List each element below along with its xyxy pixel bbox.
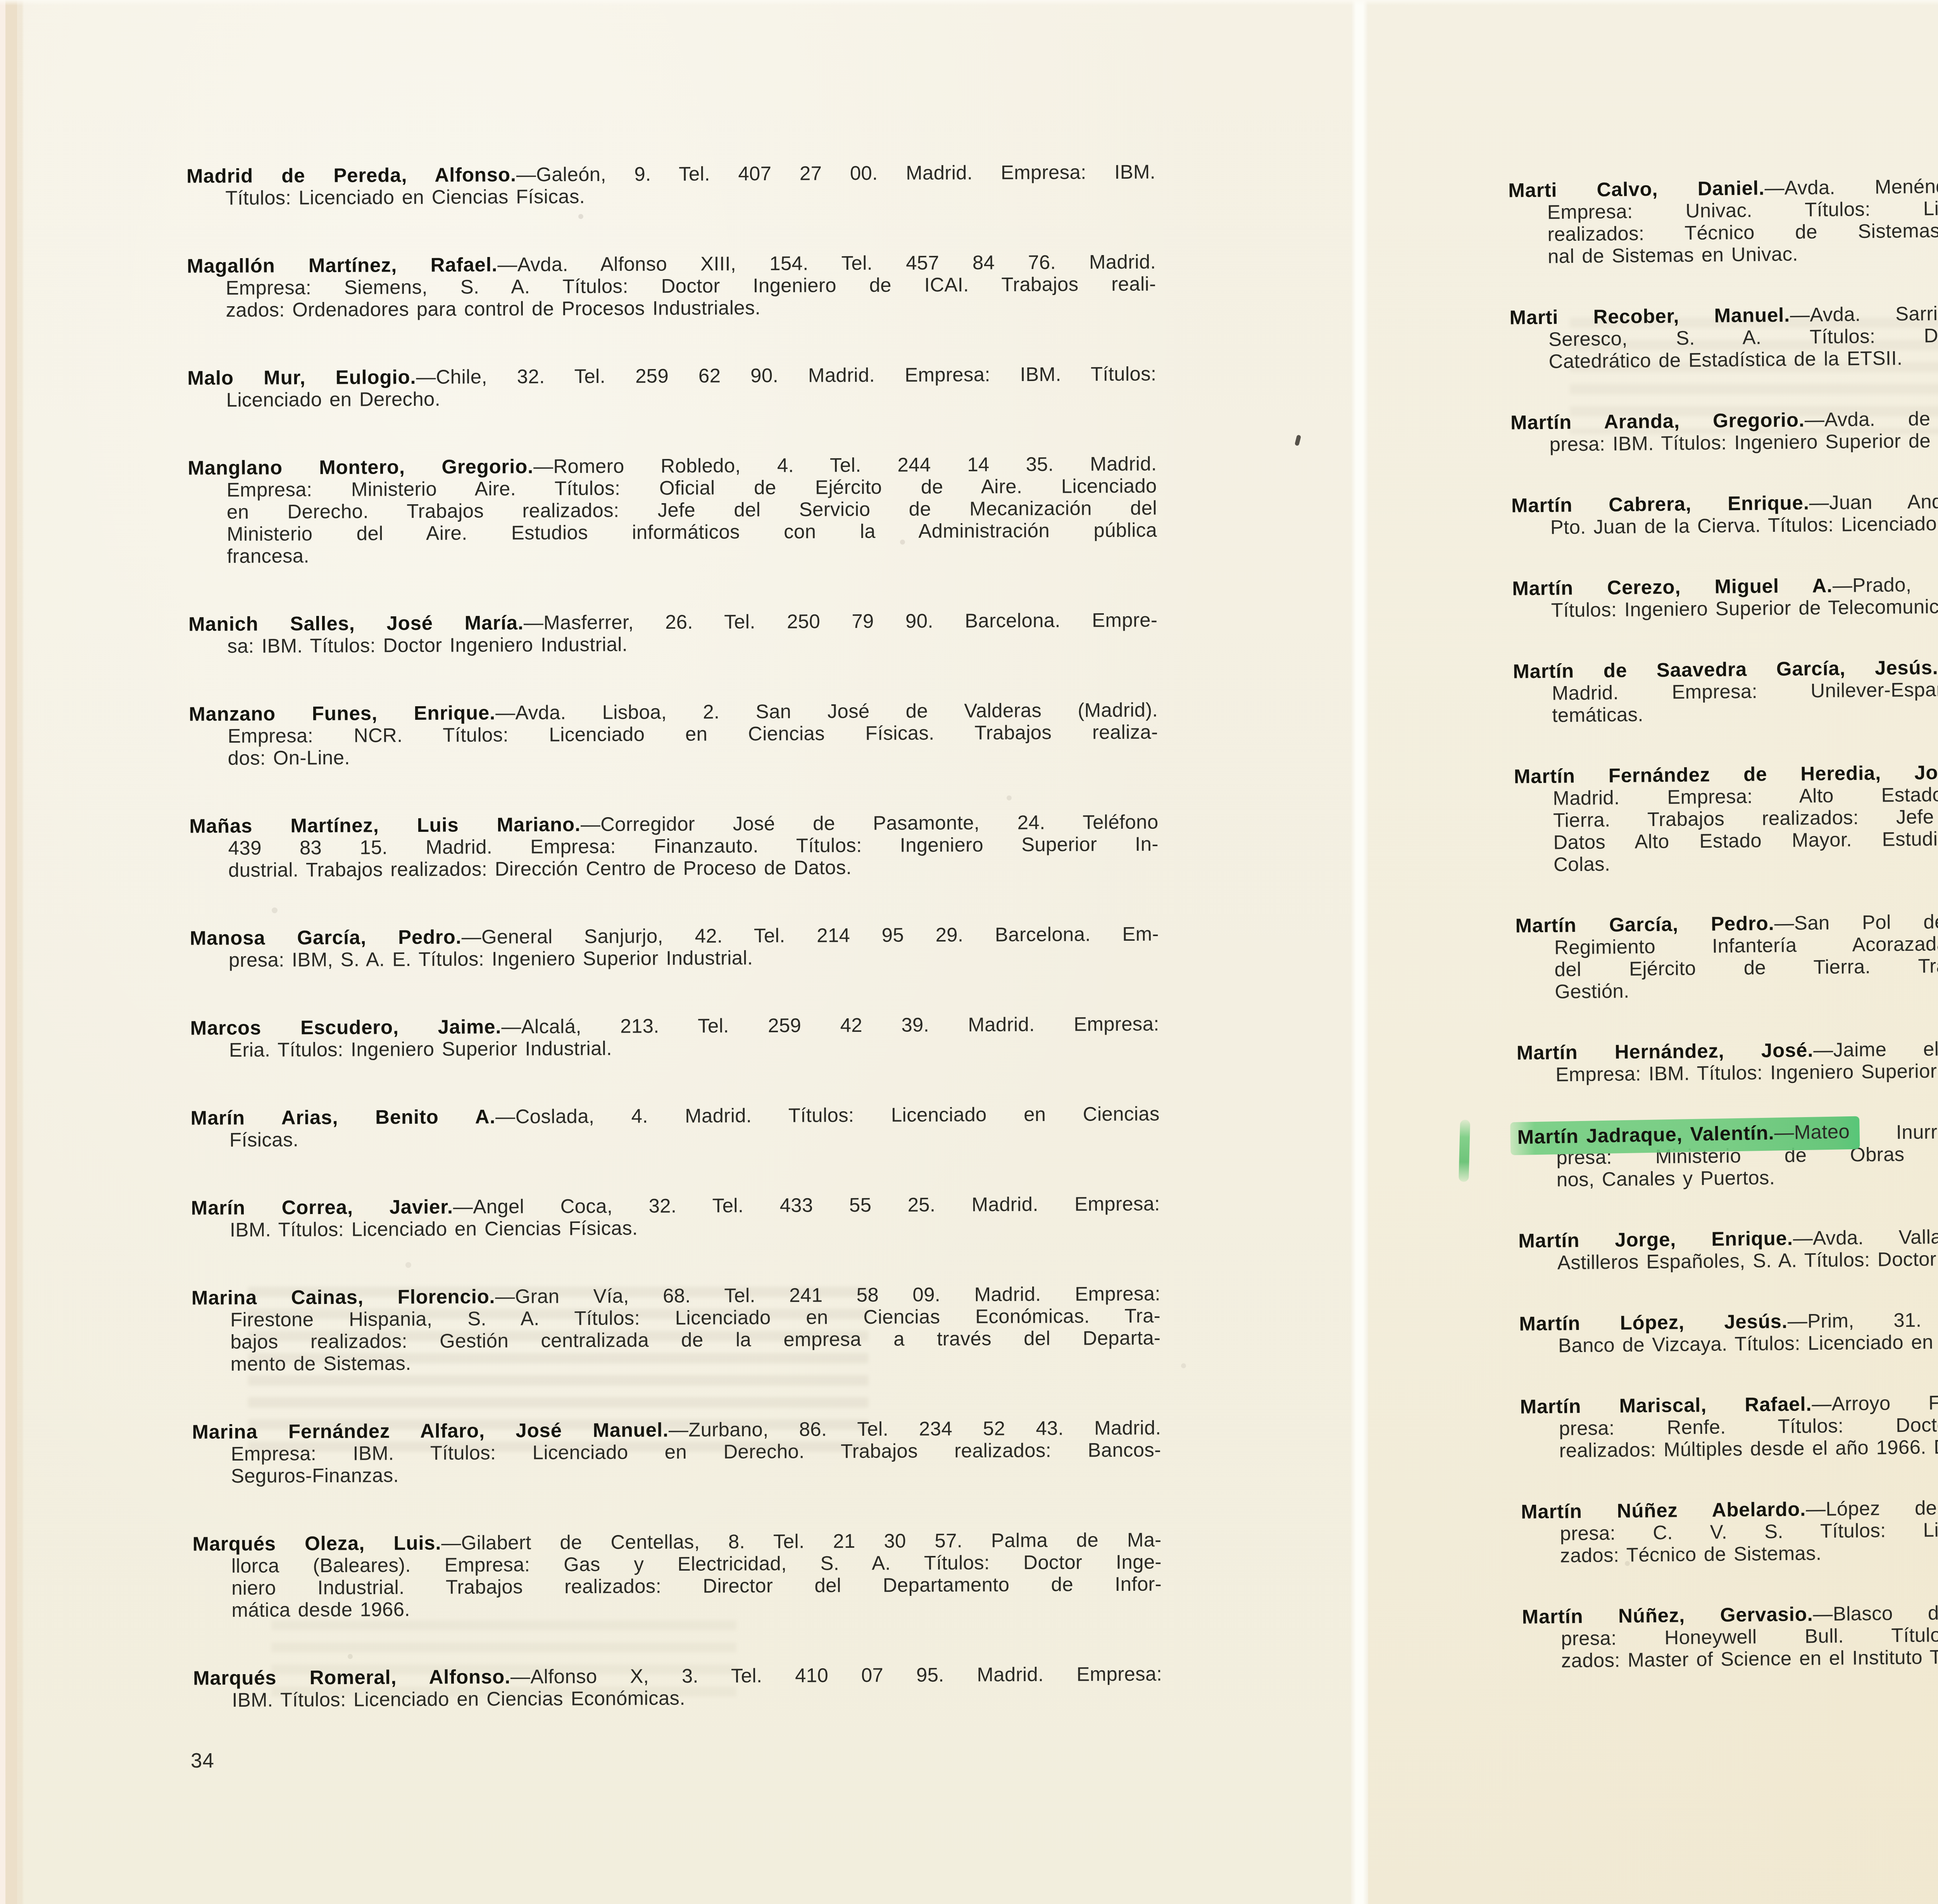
entry-name: Martín López, Jesús. [1519,1310,1788,1335]
left-page-entry-list: Madrid de Pereda, Alfonso.—Galeón, 9. Te… [186,161,1162,1757]
entry-first-line: Malo Mur, Eulogio.—Chile, 32. Tel. 259 6… [187,363,1156,389]
entry-name: Martín Núñez, Gervasio. [1522,1603,1813,1628]
directory-entry: Martín Hernández, José.—Jaime el Conquis… [1516,1032,1938,1086]
directory-entry: Marqués Romeral, Alfonso.—Alfonso X, 3. … [193,1663,1162,1711]
directory-entry: Martín Fernández de Heredia, José María.… [1514,755,1938,876]
directory-entry: Magallón Martínez, Rafael.—Avda. Alfonso… [187,251,1156,321]
entry-line: IBM. Títulos: Licenciado en Ciencias Eco… [193,1685,1162,1711]
entry-line: dustrial. Trabajos realizados: Dirección… [190,855,1159,881]
directory-entry: Martín Mariscal, Rafael.—Arroyo Fontarró… [1520,1386,1938,1462]
entry-line: Títulos: Licenciado en Ciencias Físicas. [186,183,1155,209]
entry-name: Marti Calvo, Daniel. [1508,177,1765,201]
directory-entry: Marín Arias, Benito A.—Coslada, 4. Madri… [191,1103,1160,1151]
directory-entry: Manglano Montero, Gregorio.—Romero Roble… [188,453,1157,567]
entry-first-line: Martín López, Jesús.—Prim, 31. Tel. 21 3… [1519,1303,1938,1335]
entry-first-line: Martín Núñez, Gervasio.—Blasco de Garay,… [1522,1596,1938,1628]
entry-first-line: Martín Jorge, Enrique.—Avda. Valladolid,… [1518,1220,1938,1252]
directory-entry: Martín Jadraque, Valentín.—Mateo Inurria… [1517,1115,1938,1191]
directory-entry: Madrid de Pereda, Alfonso.—Galeón, 9. Te… [186,161,1155,209]
entry-name: Marina Cainas, Florencio. [191,1285,495,1309]
directory-entry: Martín Cabrera, Enrique.—Juan Andrés, 52… [1511,485,1938,539]
entry-name: Magallón Martínez, Rafael. [187,254,498,277]
page-gutter-seam [1351,0,1368,1904]
entry-line: Empresa: Siemens, S. A. Títulos: Doctor … [187,273,1156,299]
entry-name: Martín Cabrera, Enrique. [1511,492,1809,516]
entry-line: niero Industrial. Trabajos realizados: D… [193,1573,1162,1599]
entry-line: bajos realizados: Gestión centralizada d… [191,1327,1160,1353]
entry-line: Ministerio del Aire. Estudios informátic… [188,519,1157,545]
entry-first-line: Marín Correa, Javier.—Angel Coca, 32. Te… [191,1193,1160,1219]
right-page-entry-list: Marti Calvo, Daniel.—Avda. Menéndez Pela… [1508,170,1938,1711]
entry-first-line: Marti Recober, Manuel.—Avda. Sarriá, 38.… [1509,297,1938,329]
entry-name: Martín Mariscal, Rafael. [1520,1393,1812,1418]
entry-name: Martín Hernández, José. [1516,1039,1813,1064]
entry-first-line: Manosa García, Pedro.—General Sanjurjo, … [190,923,1159,949]
entry-name: Martín de Saavedra García, Jesús. [1513,656,1938,683]
entry-name: Martín Fernández de Heredia, José María. [1514,760,1938,787]
directory-entry: Marti Recober, Manuel.—Avda. Sarriá, 38.… [1509,297,1938,373]
directory-entry: Manich Salles, José María.—Masferrer, 26… [188,609,1157,657]
entry-name: Marcos Escudero, Jaime. [190,1016,502,1039]
entry-name: Manich Salles, José María. [188,612,524,635]
entry-line: sa: IBM. Títulos: Doctor Ingeniero Indus… [188,631,1157,657]
entry-first-line: Marcos Escudero, Jaime.—Alcalá, 213. Tel… [190,1013,1159,1039]
directory-entry: Martín García, Pedro.—San Pol de Mar, 9.… [1515,905,1938,1003]
entry-name: Marqués Romeral, Alfonso. [193,1666,510,1689]
entry-line: Empresa: IBM. Títulos: Licenciado en Der… [192,1439,1161,1465]
entry-line: IBM. Títulos: Licenciado en Ciencias Fís… [191,1215,1160,1241]
entry-name: Marqués Oleza, Luis. [192,1532,441,1555]
entry-first-line: Marqués Romeral, Alfonso.—Alfonso X, 3. … [193,1663,1162,1689]
entry-first-line: Marín Arias, Benito A.—Coslada, 4. Madri… [191,1103,1160,1129]
entry-first-line: Martín Núñez Abelardo.—López de Hoyos, 3… [1521,1491,1938,1523]
directory-entry: Martín de Saavedra García, Jesús.—August… [1513,651,1938,727]
scan-speckle [0,0,3,3]
directory-entry: Marcos Escudero, Jaime.—Alcalá, 213. Tel… [190,1013,1159,1061]
entry-first-line: Martín Cerezo, Miguel A.—Prado, 10. Tel.… [1512,568,1938,600]
directory-entry: Malo Mur, Eulogio.—Chile, 32. Tel. 259 6… [187,363,1156,411]
entry-name: Marti Recober, Manuel. [1509,304,1790,329]
directory-entry: Manzano Funes, Enrique.—Avda. Lisboa, 2.… [189,699,1158,769]
directory-entry: Mañas Martínez, Luis Mariano.—Corregidor… [189,811,1159,881]
entry-line: Eria. Títulos: Ingeniero Superior Indust… [190,1035,1159,1061]
entry-name: Marín Arias, Benito A. [191,1105,496,1129]
entry-name: Malo Mur, Eulogio. [187,366,416,389]
entry-name: Martín Jadraque, Valentín. [1517,1121,1774,1148]
entry-line: Físicas. [191,1125,1160,1151]
entry-first-line: Madrid de Pereda, Alfonso.—Galeón, 9. Te… [186,161,1155,187]
entry-line: Empresa: NCR. Títulos: Licenciado en Cie… [189,721,1158,747]
entry-line: presa: IBM, S. A. E. Títulos: Ingeniero … [190,945,1159,971]
entry-line: zados: Ordenadores para control de Proce… [187,295,1156,321]
entry-first-line: Martín Aranda, Gregorio.—Avda. de Brusel… [1510,402,1938,434]
entry-line: dos: On-Line. [189,743,1158,769]
entry-name: Marín Correa, Javier. [191,1195,453,1219]
entry-name: Madrid de Pereda, Alfonso. [186,164,516,187]
entry-line: mento de Sistemas. [191,1349,1160,1375]
entry-name: Marina Fernández Alfaro, José Manuel. [192,1419,669,1443]
entry-first-line: Martín Jadraque, Valentín.—Mateo Inurria… [1517,1115,1938,1147]
entry-name: Manosa García, Pedro. [190,926,462,949]
entry-first-line: Martín Cabrera, Enrique.—Juan Andrés, 52… [1511,485,1938,517]
directory-entry: Marina Fernández Alfaro, José Manuel.—Zu… [192,1417,1161,1487]
entry-line: Seguros-Finanzas. [192,1461,1161,1487]
green-margin-mark [1459,1120,1470,1182]
scan-edge-top [0,0,1938,5]
directory-entry: Manosa García, Pedro.—General Sanjurjo, … [190,923,1159,971]
entry-first-line: Martín Hernández, José.—Jaime el Conquis… [1516,1032,1938,1064]
directory-entry: Martín Aranda, Gregorio.—Avda. de Brusel… [1510,402,1938,456]
entry-first-line: Manich Salles, José María.—Masferrer, 26… [188,609,1157,635]
entry-line: mática desde 1966. [193,1595,1162,1621]
directory-entry: Martín Núñez Abelardo.—López de Hoyos, 3… [1521,1491,1938,1567]
entry-name: Martín Jorge, Enrique. [1518,1227,1793,1252]
entry-first-line: Martín Fernández de Heredia, José María.… [1514,755,1938,787]
entry-first-line: Martín de Saavedra García, Jesús.—August… [1513,651,1938,683]
entry-line: Licenciado en Derecho. [188,385,1157,411]
entry-line: 439 83 15. Madrid. Empresa: Finanzauto. … [190,833,1159,859]
entry-name: Martín Núñez Abelardo. [1521,1498,1806,1523]
directory-entry: Marina Cainas, Florencio.—Gran Vía, 68. … [191,1283,1161,1375]
entry-first-line: Martín Mariscal, Rafael.—Arroyo Fontarró… [1520,1386,1938,1418]
directory-entry: Martín López, Jesús.—Prim, 31. Tel. 21 3… [1519,1303,1938,1357]
directory-entry: Marqués Oleza, Luis.—Gilabert de Centell… [192,1529,1162,1621]
entry-name: Mañas Martínez, Luis Mariano. [189,813,581,837]
directory-entry: Marín Correa, Javier.—Angel Coca, 32. Te… [191,1193,1160,1241]
entry-name: Manzano Funes, Enrique. [189,702,495,725]
entry-name: Martín García, Pedro. [1515,912,1774,936]
directory-entry: Martín Jorge, Enrique.—Avda. Valladolid,… [1518,1220,1938,1274]
directory-entry: Martín Cerezo, Miguel A.—Prado, 10. Tel.… [1512,568,1938,622]
directory-entry: Martín Núñez, Gervasio.—Blasco de Garay,… [1522,1596,1938,1672]
entry-line: francesa. [188,541,1157,567]
green-highlight-mark: Martín Jadraque, Valentín.—Mateo [1510,1116,1860,1155]
scan-edge-left [0,0,24,1904]
entry-first-line: Martín García, Pedro.—San Pol de Mar, 9.… [1515,905,1938,936]
page-number-left: 34 [191,1749,214,1773]
directory-entry: Marti Calvo, Daniel.—Avda. Menéndez Pela… [1508,170,1938,268]
entry-name: Manglano Montero, Gregorio. [188,455,533,479]
entry-name: Martín Aranda, Gregorio. [1510,409,1805,433]
entry-name: Martín Cerezo, Miguel A. [1512,574,1833,600]
